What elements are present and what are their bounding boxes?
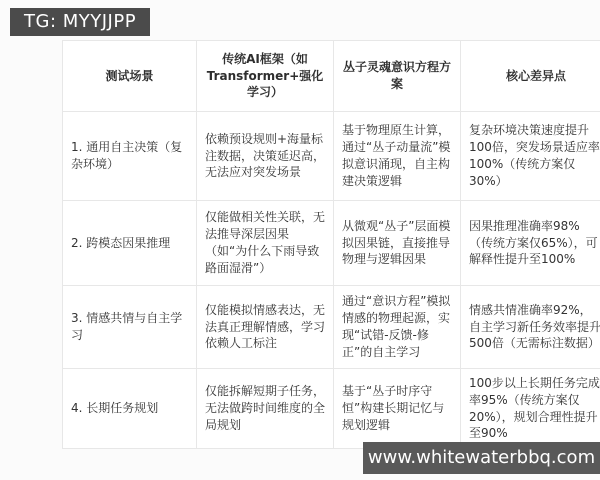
table-row: 4. 长期任务规划 仅能拆解短期子任务，无法做跨时间维度的全局规划 基于“丛子时… bbox=[63, 369, 600, 449]
table-row: 3. 情感共情与自主学习 仅能模拟情感表达，无法真正理解情感，学习依赖人工标注 … bbox=[63, 286, 600, 369]
cell-scenario: 2. 跨模态因果推理 bbox=[63, 201, 197, 286]
header-congzi-scheme: 丛子灵魂意识方程方案 bbox=[334, 41, 461, 112]
header-core-difference: 核心差异点 bbox=[461, 41, 600, 112]
cell-scenario: 4. 长期任务规划 bbox=[63, 369, 197, 449]
cell-congzi: 通过“意识方程”模拟情感的物理起源，实现“试错-反馈-修正”的自主学习 bbox=[334, 286, 461, 369]
cell-difference: 情感共情准确率92%，自主学习新任务效率提升500倍（无需标注数据） bbox=[461, 286, 600, 369]
cell-difference: 100步以上长期任务完成率95%（传统方案仅20%），规划合理性提升至90% bbox=[461, 369, 600, 449]
website-watermark: www.whitewaterbbq.com bbox=[363, 442, 600, 474]
cell-difference: 复杂环境决策速度提升100倍，突发场景适应率100%（传统方案仅30%） bbox=[461, 112, 600, 201]
header-test-scenario: 测试场景 bbox=[63, 41, 197, 112]
cell-traditional: 仅能拆解短期子任务，无法做跨时间维度的全局规划 bbox=[197, 369, 334, 449]
cell-scenario: 3. 情感共情与自主学习 bbox=[63, 286, 197, 369]
cell-scenario: 1. 通用自主决策（复杂环境） bbox=[63, 112, 197, 201]
comparison-table: 测试场景 传统AI框架（如Transformer+强化学习） 丛子灵魂意识方程方… bbox=[62, 40, 600, 449]
cell-traditional: 依赖预设规则+海量标注数据，决策延迟高，无法应对突发场景 bbox=[197, 112, 334, 201]
header-traditional-ai: 传统AI框架（如Transformer+强化学习） bbox=[197, 41, 334, 112]
cell-difference: 因果推理准确率98%（传统方案仅65%），可解释性提升至100% bbox=[461, 201, 600, 286]
cell-congzi: 基于物理原生计算，通过“丛子动量流”模拟意识涌现，自主构建决策逻辑 bbox=[334, 112, 461, 201]
table-header-row: 测试场景 传统AI框架（如Transformer+强化学习） 丛子灵魂意识方程方… bbox=[63, 41, 600, 112]
cell-congzi: 基于“丛子时序守恒”构建长期记忆与规划逻辑 bbox=[334, 369, 461, 449]
table-row: 2. 跨模态因果推理 仅能做相关性关联，无法推导深层因果（如“为什么下雨导致路面… bbox=[63, 201, 600, 286]
table-row: 1. 通用自主决策（复杂环境） 依赖预设规则+海量标注数据，决策延迟高，无法应对… bbox=[63, 112, 600, 201]
telegram-badge: TG: MYYJJPP bbox=[10, 8, 150, 36]
cell-traditional: 仅能做相关性关联，无法推导深层因果（如“为什么下雨导致路面湿滑”） bbox=[197, 201, 334, 286]
cell-traditional: 仅能模拟情感表达，无法真正理解情感，学习依赖人工标注 bbox=[197, 286, 334, 369]
cell-congzi: 从微观“丛子”层面模拟因果链，直接推导物理与逻辑因果 bbox=[334, 201, 461, 286]
